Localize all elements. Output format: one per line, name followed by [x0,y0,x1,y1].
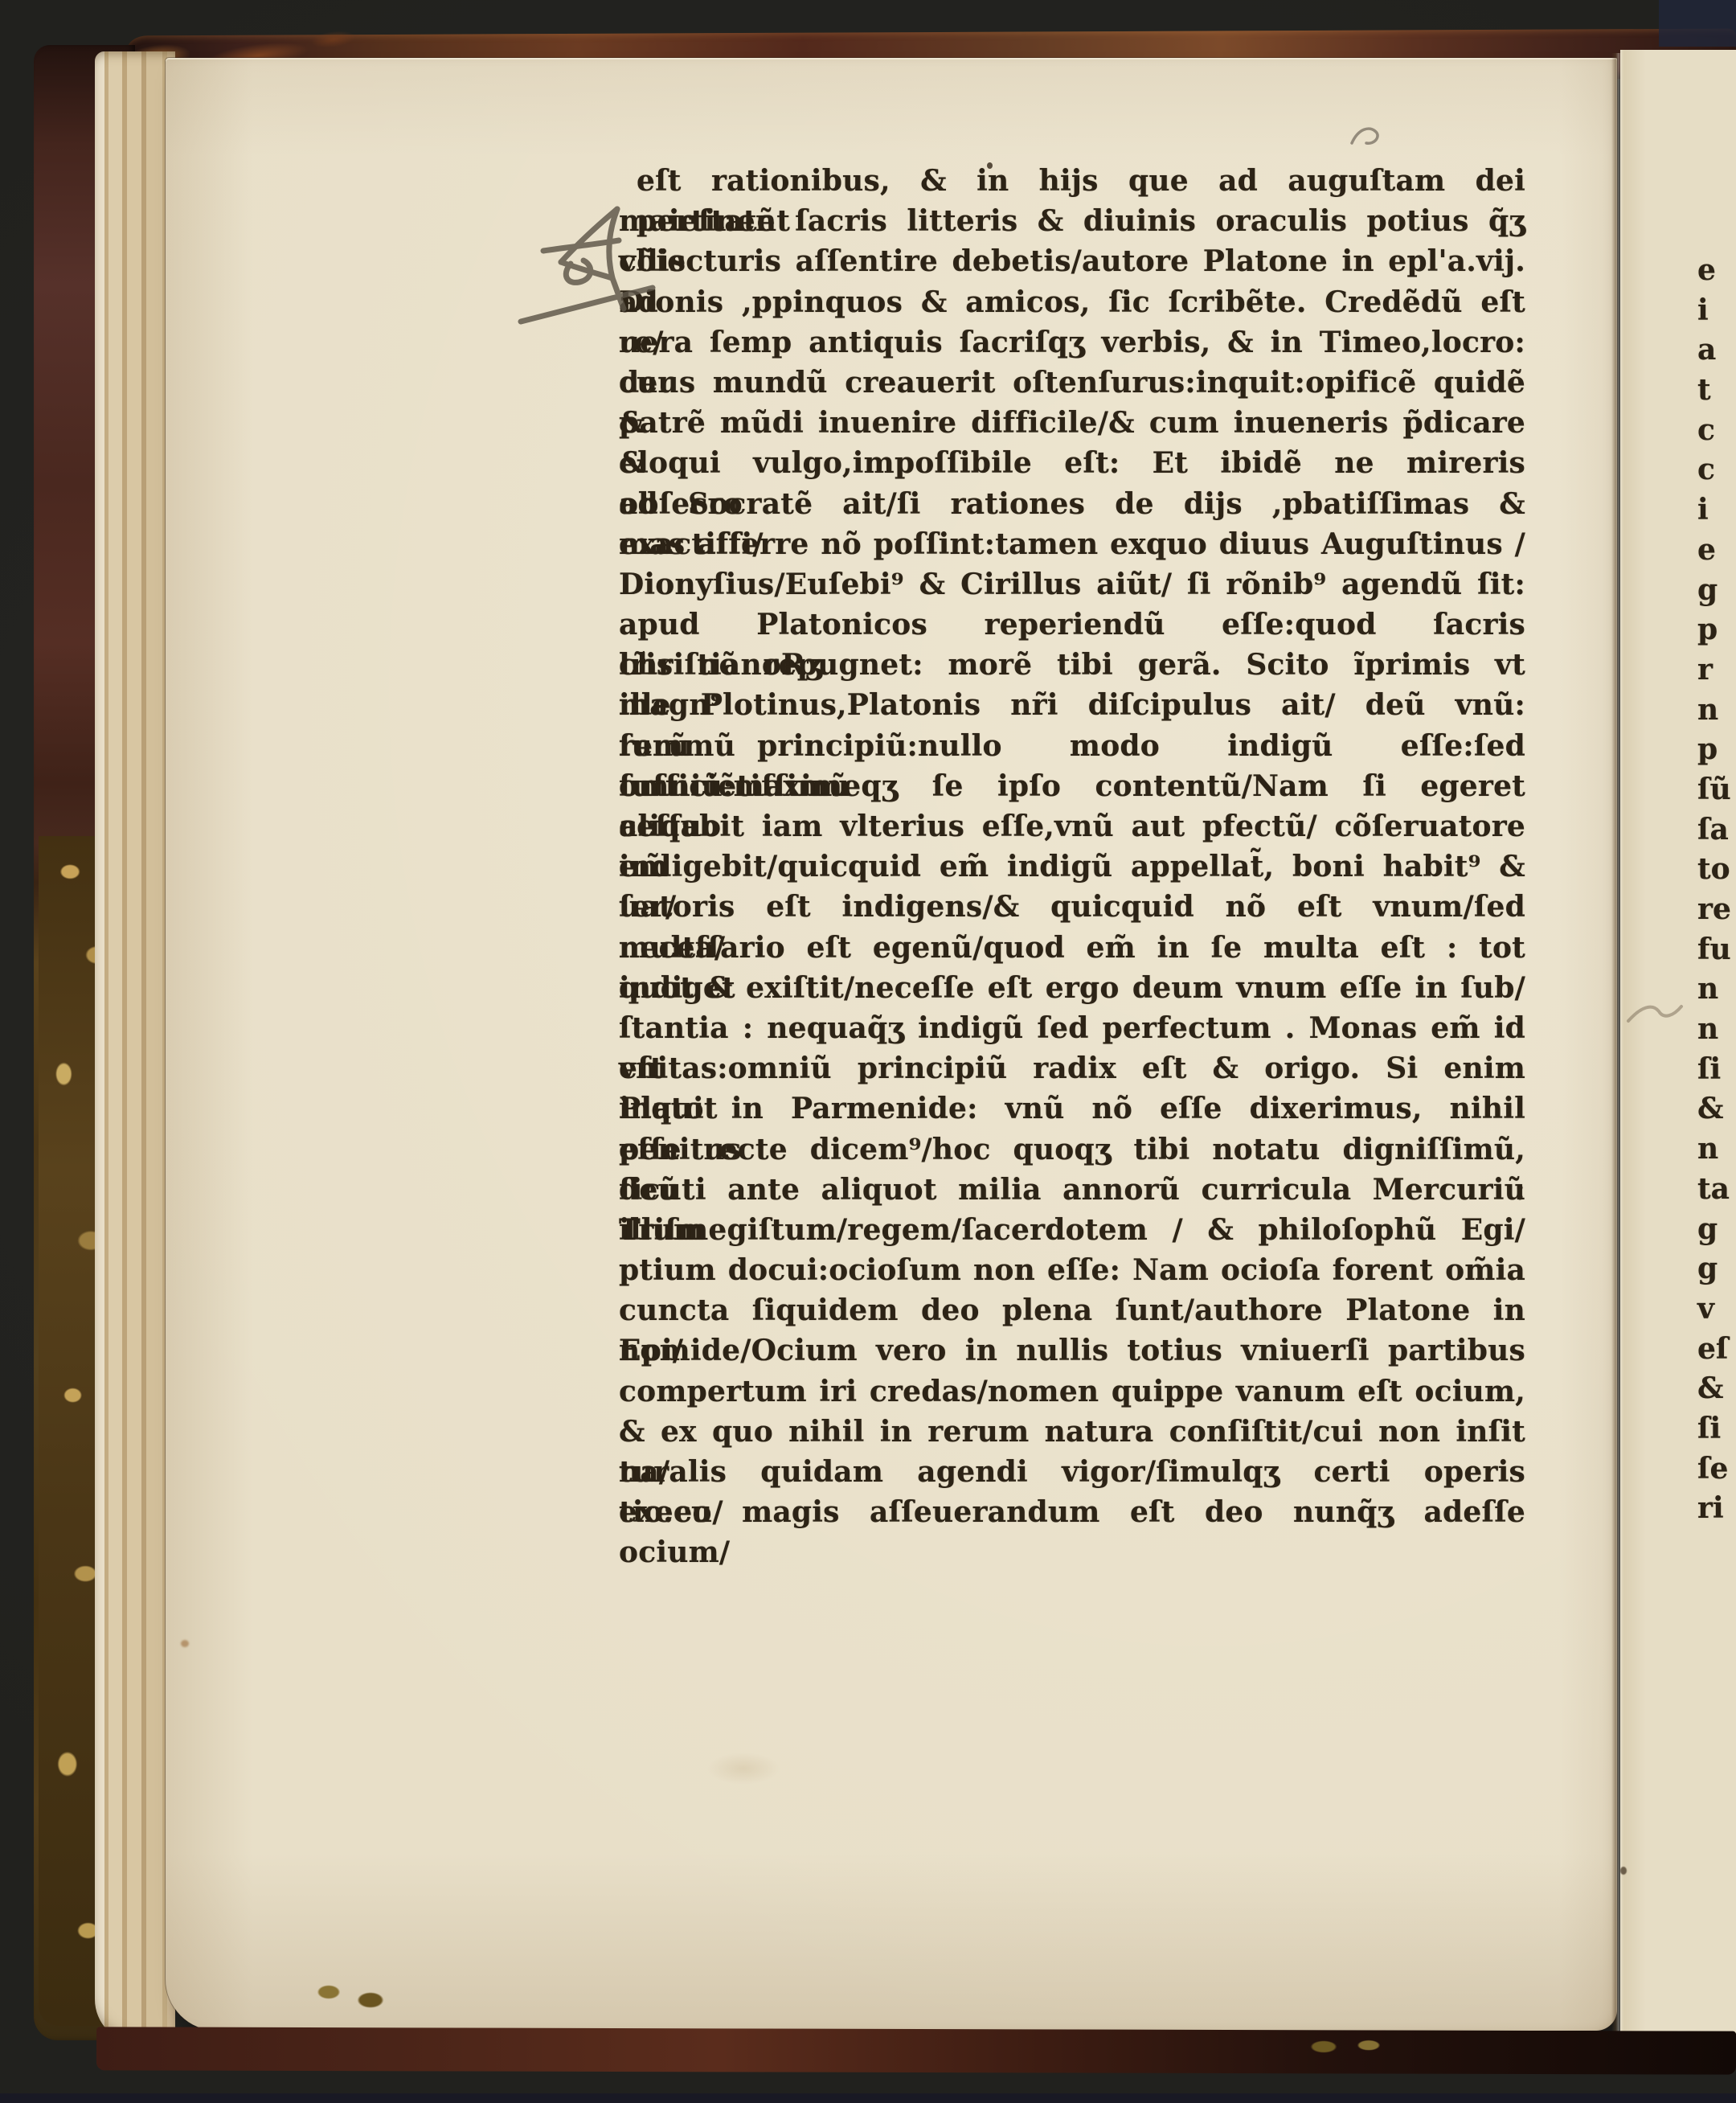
fragment-line: ta [1697,1170,1736,1210]
text-line: patrẽ mũdi inuenire difficile/& cum inue… [619,403,1525,443]
background-bottom-strip [0,2093,1736,2103]
fragment-line: p [1697,610,1736,650]
fragment-line: n [1697,1010,1736,1050]
text-line: compertum iri credas/nomen quippe vanum … [619,1371,1525,1412]
text-line: apud Platonicos reperiendũ eſſe:quod ſac… [619,605,1525,645]
fragment-line: n [1697,970,1736,1010]
fragment-line: eſ [1697,1330,1736,1370]
fragment-line: ſa [1697,810,1736,851]
fragment-line: to [1697,850,1736,890]
fragment-line: ſe [1697,1449,1736,1490]
background-shadow-corner [1659,0,1736,47]
top-pen-squiggle [1347,122,1386,150]
text-line: nomide/Ocium vero in nullis totius vniue… [619,1330,1525,1371]
text-line: Triſmegiſtum/regem/ſacerdotem / & philoſ… [619,1210,1525,1250]
foxing-spot [1620,1867,1627,1875]
text-line: rerũ principiũ:nullo modo indigũ eſſe:ſe… [619,726,1525,766]
fragment-line: re [1697,890,1736,930]
text-line: lr̃is nõ repugnet: morẽ tibi gerã. Scito… [619,645,1525,685]
fragment-line: ſi [1697,1050,1736,1090]
text-line: Dionyſius/Euſebi⁹ & Cirillus aiũt/ ſi rõ… [619,564,1525,605]
fragment-line: fu [1697,930,1736,970]
fragment-line: ſi [1697,1409,1736,1449]
fragment-line: g [1697,1249,1736,1289]
fragment-line: e [1697,531,1736,571]
printed-text-block: eſt rationibus, & in hijs que ad auguſta… [619,161,1525,1535]
fragment-line: g [1697,571,1736,611]
facing-page-fragments: e i a t c c i e g p r n p ſũ ſa to re fu… [1697,251,1736,1529]
book-photograph: eſt rationibus, & in hijs que ad auguſta… [0,0,1736,2103]
text-line: & ex quo nihil in rerum natura conſiſtit… [619,1412,1525,1452]
text-line: mas afferre nõ poſſint:tamen exquo diuus… [619,524,1525,564]
fragment-line: g [1697,1210,1736,1250]
text-line: deus mundũ creauerit oſtenſurus:inquit:o… [619,363,1525,403]
fragment-line: n [1697,691,1736,731]
fragment-line: c [1697,411,1736,451]
text-line: neceſſario eſt egenũ/quod em̃ in ſe mult… [619,928,1525,968]
margin-pen-mark [514,201,675,330]
text-line: ille Plotinus,Platonis nr̃i diſcipulus a… [619,685,1525,725]
text-line: indigebit/quicquid em̃ indigũ appellat̃,… [619,847,1525,887]
fragment-line: & [1697,1369,1736,1409]
fragment-line: ſũ [1697,770,1736,810]
gutter-crease [1611,53,1621,2039]
fragment-line: r [1697,650,1736,691]
marbled-cover-patch [1284,2032,1397,2061]
fragment-line: & [1697,1089,1736,1129]
text-line: ſtantia : nequaq̃ʒ indigũ ſed perfectum … [619,1008,1525,1048]
bottom-cover-strip [96,2027,1736,2074]
fragment-line: ri [1697,1489,1736,1529]
text-line: uera ſemp antiquis ſacriſqʒ verbis, & in… [619,322,1525,363]
fragment-line: c [1697,450,1736,490]
text-line: Dionis ,ppinquos & amicos, ſic ſcribẽte.… [619,282,1525,322]
text-line: quot & exiſtit/neceſſe eſt ergo deum vnu… [619,968,1525,1008]
text-line: ad Socratẽ ait/ſi rationes de dijs ,pbat… [619,484,1525,524]
page-edge-stack [95,51,175,2044]
text-line: maieſtatẽ ſacris litteris & diuinis orac… [619,201,1525,241]
text-line: tio:eo magis aſſeuerandum eſt deo nunq̃ʒ… [619,1492,1525,1532]
fragment-line: t [1697,371,1736,411]
text-line: eſſe recte dicem⁹/hoc quoqʒ tibi notatu … [619,1129,1525,1170]
text-line: turalis quidam agendi vigor/ſimulqʒ cert… [619,1452,1525,1492]
text-line: omniũ:maximeqʒ ſe ipſo contentũ/Nam ſi e… [619,766,1525,806]
text-line: uatoris eſt indigens/& quicquid nõ eſt v… [619,887,1525,927]
text-line: cõiecturis aſſentire debetis/autore Plat… [619,241,1525,281]
fragment-line: n [1697,1129,1736,1170]
text-line: vnitas:omniũ principiũ radix eſt & origo… [619,1048,1525,1088]
text-line: ceſſabit iam vlterius eſſe,vnũ aut pfect… [619,806,1525,847]
text-line: ptium docui:ocioſum non eſſe: Nam ocioſa… [619,1250,1525,1290]
foxing-spot [181,1640,189,1647]
text-line: cuncta ſiquidem deo plena ſunt/authore P… [619,1290,1525,1330]
gutter-pen-curl [1625,997,1686,1032]
marbled-cover-patch [297,1976,402,2016]
fragment-line: i [1697,291,1736,331]
text-line: eloqui vulgo,impoſſibile eſt: Et ibidẽ n… [619,443,1525,483]
fragment-line: p [1697,730,1736,770]
faint-stain [707,1752,780,1785]
fragment-line: i [1697,490,1736,531]
ink-speck [987,162,993,169]
text-line: Plato in Parmenide: vnũ nõ eſſe dixerimu… [619,1088,1525,1129]
text-line: eſt rationibus, & in hijs que ad auguſta… [619,161,1525,201]
fragment-line: a [1697,330,1736,371]
text-line: ſicuti ante aliquot milia annorũ curricu… [619,1170,1525,1210]
fragment-line: v [1697,1289,1736,1330]
fragment-line: e [1697,251,1736,291]
